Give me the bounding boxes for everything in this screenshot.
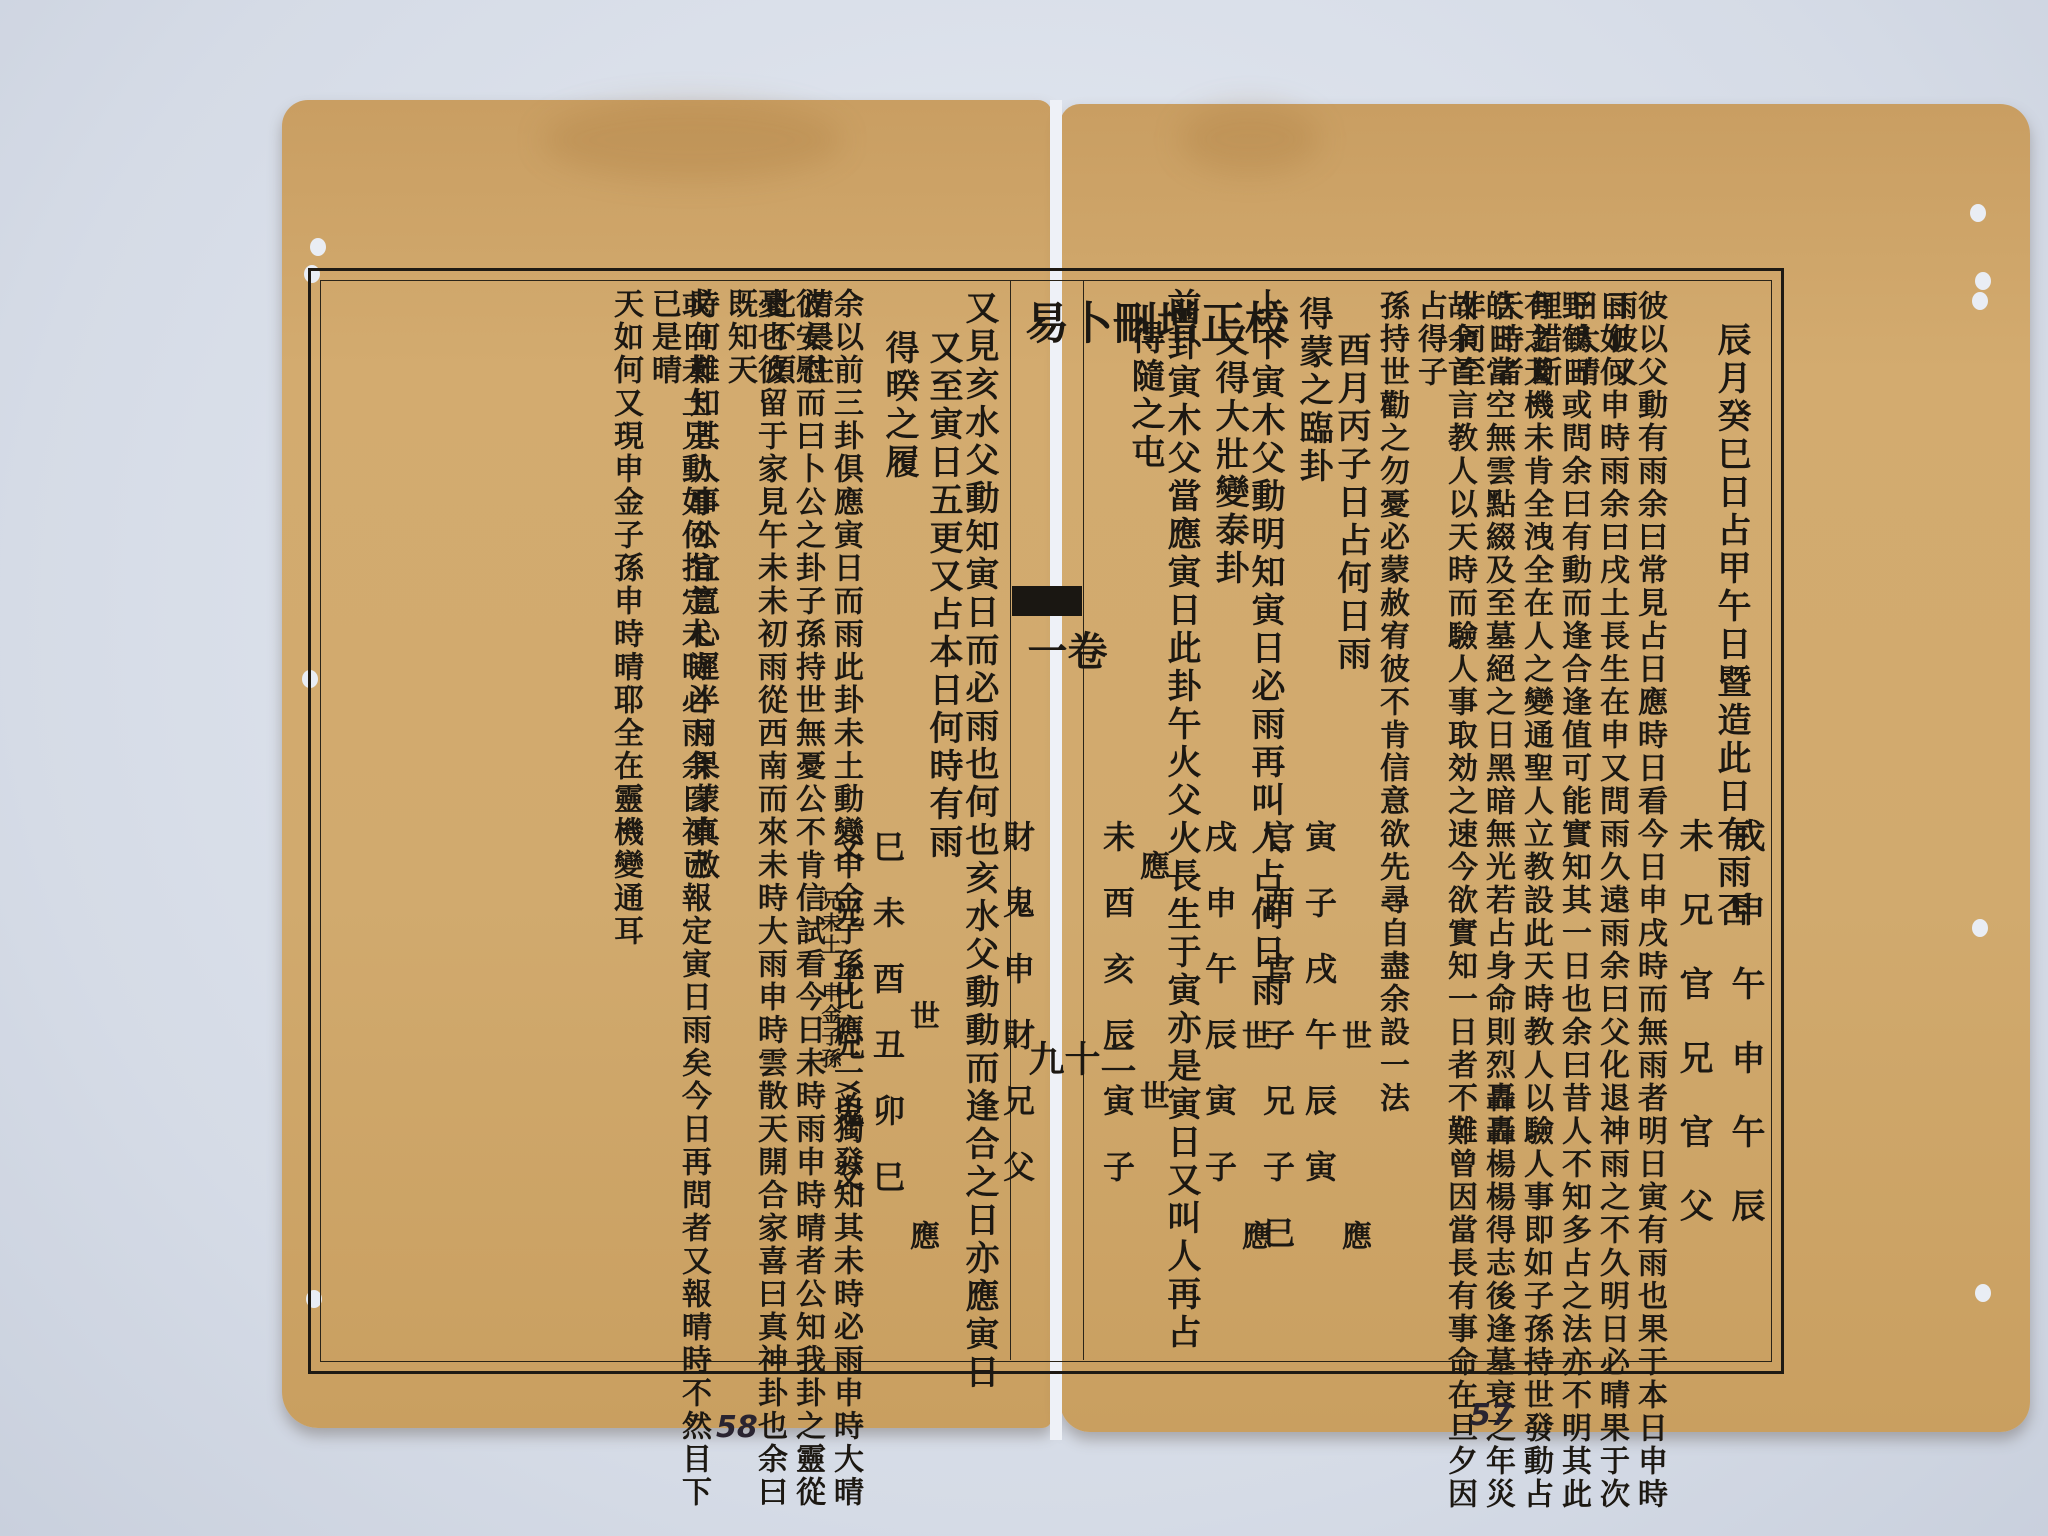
binding-hole bbox=[1972, 919, 1988, 937]
hexagram-line: 辰 bbox=[1200, 1018, 1238, 1084]
hexagram-relation: 官 bbox=[1258, 952, 1296, 1018]
binding-hole bbox=[1970, 204, 1986, 222]
binding-hole bbox=[310, 238, 326, 256]
text-column: 憂也彼留于家見午未未初雨從西南而來未時大雨申時雲散天開合家喜曰真神卦也余曰既知天 bbox=[724, 288, 784, 1536]
shi-marker: 世 bbox=[1238, 1020, 1268, 1053]
shi-marker: 世 bbox=[906, 1000, 936, 1033]
hexagram-line: 子 bbox=[1098, 1150, 1136, 1216]
text-column: 前卦寅木父當應寅日此卦午火父火長生于寅亦是寅日又叫人再占 bbox=[1164, 288, 1198, 1352]
hexagram-line: 寅 bbox=[1200, 1084, 1238, 1150]
text-column: 又至寅日五更又占本日何時有雨 bbox=[926, 330, 960, 862]
water-stain bbox=[542, 100, 842, 180]
hexagram-line: 辰 bbox=[1098, 1018, 1136, 1084]
page-number-right: 57 bbox=[1470, 1398, 1512, 1433]
shi-marker: 世 bbox=[1136, 1080, 1166, 1113]
hexagram-line: 未 bbox=[868, 896, 906, 962]
hexagram-relation: 官酉 bbox=[1258, 820, 1296, 952]
hexagram-line: 子 bbox=[1300, 886, 1338, 952]
hexagram-name: 又得大壯變泰卦 bbox=[1212, 322, 1246, 588]
ying-marker: 應 bbox=[1338, 1220, 1368, 1253]
hexagram-line-branches: 戌申午辰寅子 bbox=[1196, 820, 1242, 1216]
header-cell: 鬼 bbox=[998, 886, 1036, 952]
hexagram-line: 子 bbox=[1200, 1150, 1238, 1216]
hexagram-header: 財鬼申財兄父 bbox=[994, 820, 1040, 1216]
volume-label: 卷一 bbox=[1024, 630, 1104, 680]
fishtail-ornament bbox=[1012, 586, 1082, 616]
hexagram-line: 酉 bbox=[1098, 886, 1136, 952]
hexagram-line: 寅 bbox=[1098, 1084, 1136, 1150]
hexagram-name: 得隨之屯 bbox=[1128, 320, 1162, 472]
hexagram-relation: 兄 bbox=[1258, 1084, 1296, 1150]
hexagram-relations: 未兄官兄官父 bbox=[1676, 818, 1710, 1262]
shi-marker: 世 bbox=[1338, 1020, 1368, 1053]
text-column: 或曰未土兄動如何指定未時必雨余曰神已報定寅日雨矣今日再問者又報晴時不然目下已是晴 bbox=[648, 288, 708, 1536]
hexagram-relation: 子 bbox=[1258, 1150, 1296, 1216]
text-column: 又見亥水父動知寅日而必雨也何也亥水父動動而逢合之日亦應寅日 bbox=[962, 290, 996, 1392]
hexagram-line: 寅 bbox=[1300, 1150, 1338, 1216]
header-cell: 申 bbox=[998, 952, 1036, 1018]
hexagram-line: 巳 bbox=[868, 1160, 906, 1226]
text-column: 孫持世勸之勿憂必蒙赦宥彼不肯信意欲先尋自盡余設一法 bbox=[1376, 290, 1406, 1115]
hexagram-line: 亥 bbox=[1098, 952, 1136, 1018]
text-column: 天如何又現申金子孫申時晴耶全在靈機變通耳 bbox=[610, 288, 640, 948]
hexagram-line: 戌 bbox=[1300, 952, 1338, 1018]
water-stain bbox=[1180, 104, 1320, 174]
page-number-left: 58 bbox=[716, 1410, 758, 1445]
hexagram-line: 未 bbox=[1098, 820, 1136, 886]
hexagram-line: 寅 bbox=[1300, 820, 1338, 886]
header-cell: 財 bbox=[998, 820, 1036, 886]
binding-hole bbox=[1975, 1284, 1991, 1302]
header-cell: 父 bbox=[998, 1150, 1036, 1216]
hexagram-line: 卯 bbox=[868, 1094, 906, 1160]
hexagram-name: 得蒙之臨卦 bbox=[1296, 296, 1330, 486]
binding-hole bbox=[1975, 272, 1991, 290]
ying-marker: 應 bbox=[1136, 850, 1166, 883]
divination-date: 酉月丙子日占何日雨 bbox=[1334, 332, 1368, 674]
hexagram-line: 申 bbox=[1200, 886, 1238, 952]
hexagram-line: 巳 bbox=[868, 830, 906, 896]
hexagram-name: 得暌之履 bbox=[882, 330, 916, 482]
hexagram-line: 戌 bbox=[1200, 820, 1238, 886]
hexagram-line: 辰 bbox=[1300, 1084, 1338, 1150]
ying-marker: 應 bbox=[906, 1220, 936, 1253]
hexagram-line: 午 bbox=[1300, 1018, 1338, 1084]
hexagram-line-branches: 寅子戌午辰寅 bbox=[1296, 820, 1342, 1216]
hexagram-line: 午 bbox=[1200, 952, 1238, 1018]
hexagram-line: 丑 bbox=[868, 1028, 906, 1094]
binding-hole bbox=[1972, 292, 1988, 310]
ying-marker: 應 bbox=[1238, 1220, 1268, 1253]
text-column: 故余首言教人以天時而驗人事取効之速今欲實知一日者不難曾因當長有事命在旦夕因占得子 bbox=[1414, 290, 1474, 1536]
header-cell: 財 bbox=[998, 1018, 1036, 1084]
header-cell: 兄 bbox=[998, 1084, 1036, 1150]
hexagram-branches: 戌申午申午辰 bbox=[1728, 818, 1762, 1262]
hexagram-line: 酉 bbox=[868, 962, 906, 1028]
